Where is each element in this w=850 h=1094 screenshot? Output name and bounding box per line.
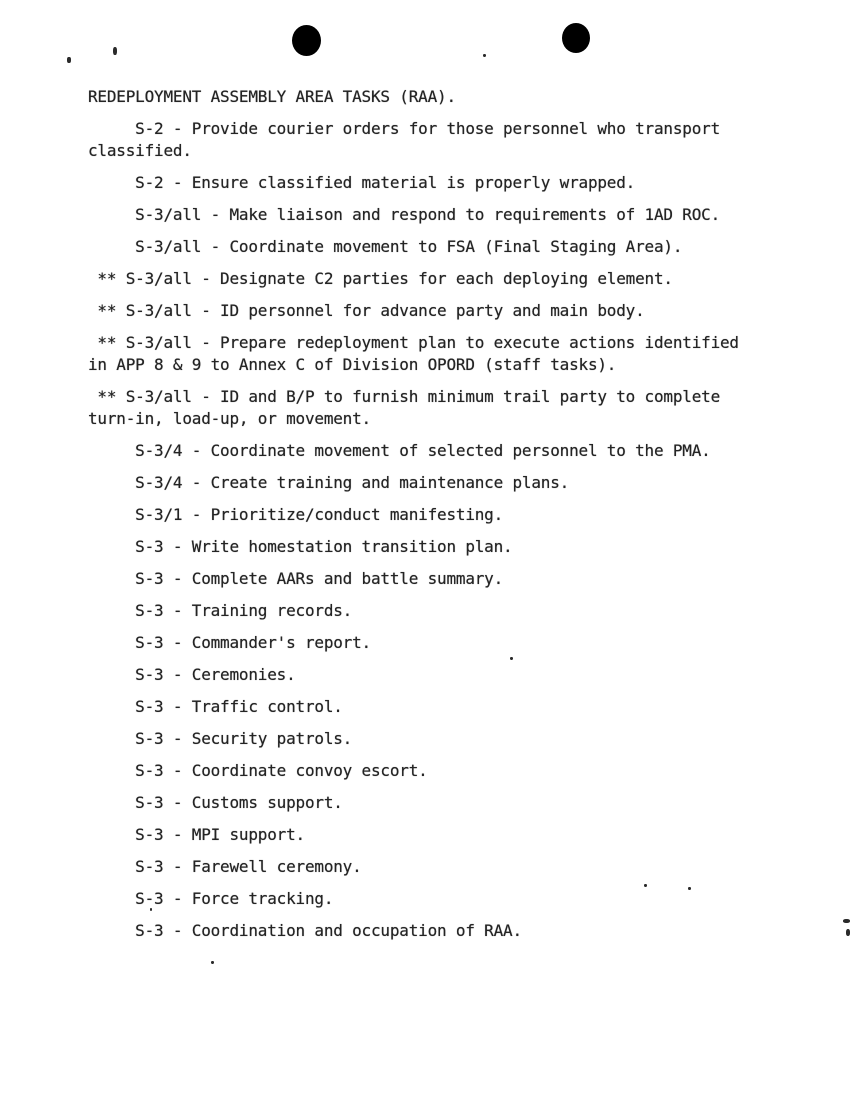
document-line: S-3 - Complete AARs and battle summary. xyxy=(88,568,788,590)
document-line: S-3/4 - Create training and maintenance … xyxy=(88,472,788,494)
paragraph: S-3 - MPI support. xyxy=(88,824,788,846)
scan-speck xyxy=(510,657,513,660)
document-line: classified. xyxy=(88,140,788,162)
paragraph: S-3/4 - Coordinate movement of selected … xyxy=(88,440,788,462)
paragraph: S-3 - Farewell ceremony. xyxy=(88,856,788,878)
scan-speck xyxy=(688,887,691,890)
document-line: S-3 - Force tracking. xyxy=(88,888,788,910)
paragraph: S-3 - Force tracking. xyxy=(88,888,788,910)
paragraph: S-3 - Customs support. xyxy=(88,792,788,814)
paragraph: S-2 - Ensure classified material is prop… xyxy=(88,172,788,194)
document-line: S-3 - Coordination and occupation of RAA… xyxy=(88,920,788,942)
scan-speck xyxy=(67,57,71,63)
document-line: ** S-3/all - Designate C2 parties for ea… xyxy=(88,268,788,290)
paragraph: S-3 - Complete AARs and battle summary. xyxy=(88,568,788,590)
hole-punch-mark-left xyxy=(292,25,321,56)
paragraph: S-3 - Coordinate convoy escort. xyxy=(88,760,788,782)
document-line: S-3/all - Make liaison and respond to re… xyxy=(88,204,788,226)
paragraph-list: S-2 - Provide courier orders for those p… xyxy=(88,118,788,942)
scan-speck xyxy=(211,961,214,964)
paragraph: S-3 - Traffic control. xyxy=(88,696,788,718)
scan-speck xyxy=(113,47,117,55)
scanned-document-page: REDEPLOYMENT ASSEMBLY AREA TASKS (RAA). … xyxy=(0,0,850,1094)
document-body: REDEPLOYMENT ASSEMBLY AREA TASKS (RAA). … xyxy=(88,86,788,942)
paragraph: ** S-3/all - Prepare redeployment plan t… xyxy=(88,332,788,376)
document-line: ** S-3/all - ID personnel for advance pa… xyxy=(88,300,788,322)
document-line: S-3/all - Coordinate movement to FSA (Fi… xyxy=(88,236,788,258)
document-line: ** S-3/all - ID and B/P to furnish minim… xyxy=(88,386,788,408)
paragraph: S-3/1 - Prioritize/conduct manifesting. xyxy=(88,504,788,526)
scan-speck xyxy=(150,908,152,911)
document-line: S-3 - Traffic control. xyxy=(88,696,788,718)
paragraph: S-3 - Security patrols. xyxy=(88,728,788,750)
paragraph: ** S-3/all - ID and B/P to furnish minim… xyxy=(88,386,788,430)
scan-speck xyxy=(644,884,647,887)
document-line: in APP 8 & 9 to Annex C of Division OPOR… xyxy=(88,354,788,376)
paragraph: S-3 - Coordination and occupation of RAA… xyxy=(88,920,788,942)
paragraph: S-3/all - Coordinate movement to FSA (Fi… xyxy=(88,236,788,258)
paragraph: S-2 - Provide courier orders for those p… xyxy=(88,118,788,162)
document-title: REDEPLOYMENT ASSEMBLY AREA TASKS (RAA). xyxy=(88,86,788,108)
document-line: turn-in, load-up, or movement. xyxy=(88,408,788,430)
document-line: S-3 - Training records. xyxy=(88,600,788,622)
hole-punch-mark-right xyxy=(562,23,590,53)
document-line: S-3 - MPI support. xyxy=(88,824,788,846)
document-line: S-3 - Security patrols. xyxy=(88,728,788,750)
document-line: S-2 - Provide courier orders for those p… xyxy=(88,118,788,140)
document-line: S-2 - Ensure classified material is prop… xyxy=(88,172,788,194)
paragraph: S-3/all - Make liaison and respond to re… xyxy=(88,204,788,226)
document-line: S-3 - Commander's report. xyxy=(88,632,788,654)
document-line: S-3/4 - Coordinate movement of selected … xyxy=(88,440,788,462)
scan-speck xyxy=(846,929,850,936)
document-line: S-3 - Farewell ceremony. xyxy=(88,856,788,878)
document-line: ** S-3/all - Prepare redeployment plan t… xyxy=(88,332,788,354)
paragraph: S-3 - Commander's report. xyxy=(88,632,788,654)
paragraph: ** S-3/all - ID personnel for advance pa… xyxy=(88,300,788,322)
scan-speck xyxy=(843,919,850,923)
document-line: S-3 - Coordinate convoy escort. xyxy=(88,760,788,782)
document-line: S-3 - Ceremonies. xyxy=(88,664,788,686)
document-line: S-3 - Write homestation transition plan. xyxy=(88,536,788,558)
paragraph: S-3 - Training records. xyxy=(88,600,788,622)
scan-speck xyxy=(483,54,486,57)
document-line: S-3 - Customs support. xyxy=(88,792,788,814)
document-line: S-3/1 - Prioritize/conduct manifesting. xyxy=(88,504,788,526)
paragraph: S-3/4 - Create training and maintenance … xyxy=(88,472,788,494)
paragraph: S-3 - Write homestation transition plan. xyxy=(88,536,788,558)
paragraph: ** S-3/all - Designate C2 parties for ea… xyxy=(88,268,788,290)
paragraph: S-3 - Ceremonies. xyxy=(88,664,788,686)
